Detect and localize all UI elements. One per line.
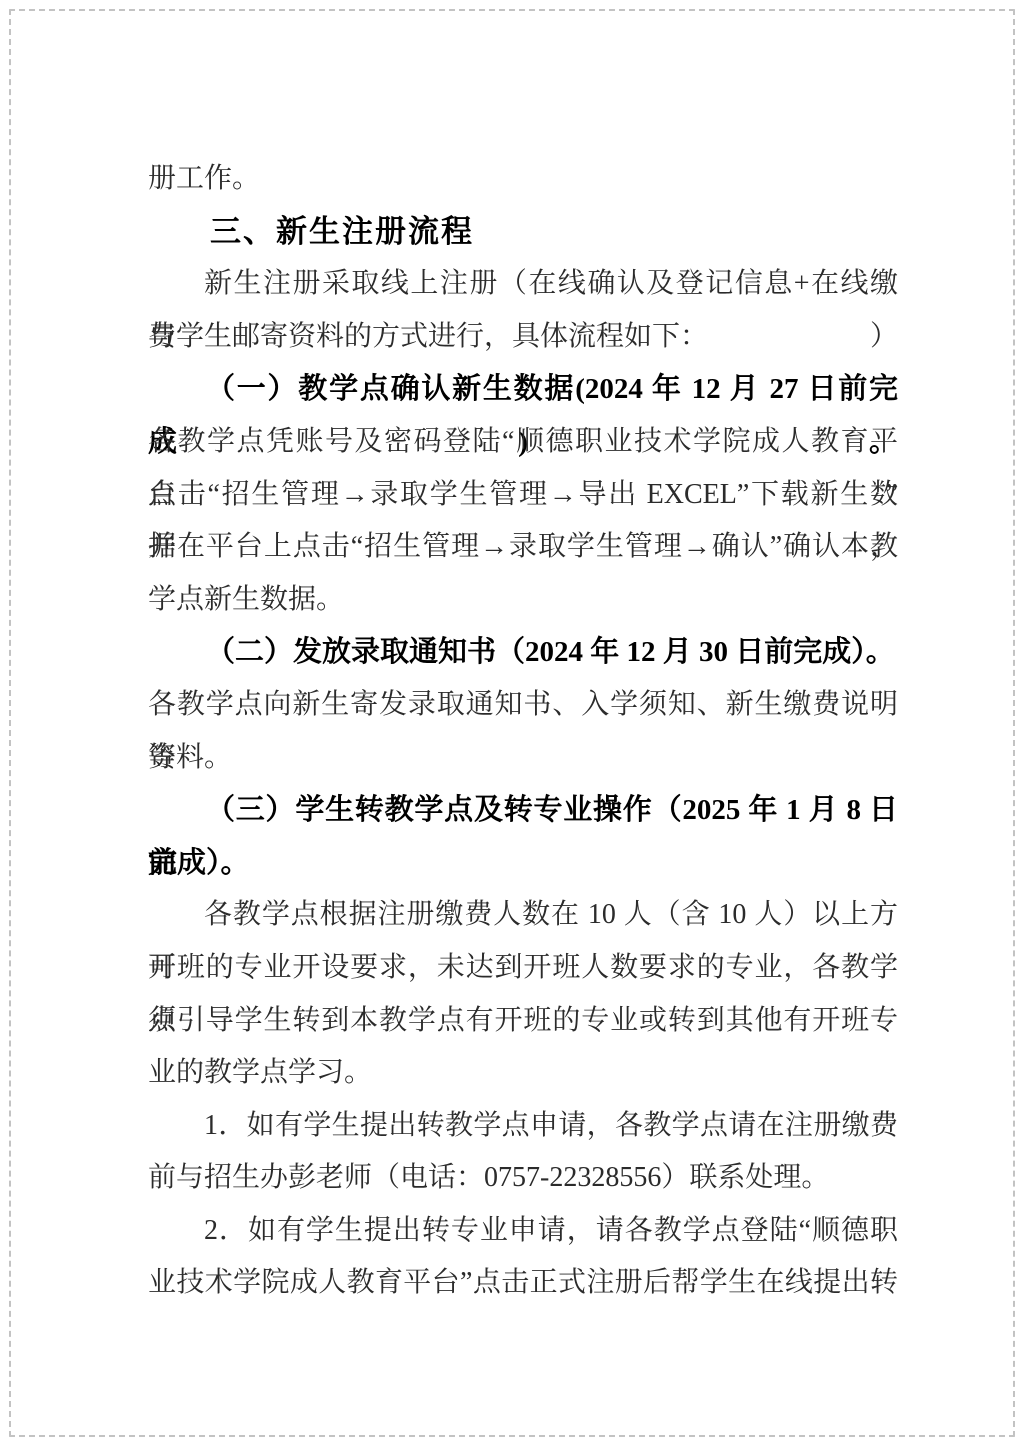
text-line: 1．如有学生提出转教学点申请，各教学点请在注册缴费 (148, 1100, 898, 1153)
text-line: 业的教学点学习。 (148, 1047, 898, 1100)
text-line: 各教学点根据注册缴费人数在 10 人（含 10 人）以上方可 (148, 889, 898, 942)
document-page: 册工作。三、新生注册流程新生注册采取线上注册（在线确认及登记信息+在线缴费）与学… (0, 0, 1024, 1446)
text-line: 资料。 (148, 732, 898, 785)
text-line: 册工作。 (148, 153, 898, 206)
text-line: 各教学点凭账号及密码登陆“顺德职业技术学院成人教育平台” (148, 416, 898, 469)
text-line: 前与招生办彭老师（电话：0757-22328556）联系处理。 (148, 1152, 898, 1205)
text-line: 开班的专业开设要求，未达到开班人数要求的专业，各教学点 (148, 942, 898, 995)
text-line: 各教学点向新生寄发录取通知书、入学须知、新生缴费说明等 (148, 679, 898, 732)
text-line: 并在平台上点击“招生管理→录取学生管理→确认”确认本教 (148, 521, 898, 574)
subsection-heading: （一）教学点确认新生数据(2024 年 12 月 27 日前完成)。 (148, 363, 898, 416)
text-line: 点击“招生管理→录取学生管理→导出 EXCEL”下载新生数据， (148, 469, 898, 522)
document-body: 册工作。三、新生注册流程新生注册采取线上注册（在线确认及登记信息+在线缴费）与学… (148, 153, 898, 1310)
text-line: 新生注册采取线上注册（在线确认及登记信息+在线缴费） (148, 258, 898, 311)
subsection-heading: （二）发放录取通知书（2024 年 12 月 30 日前完成）。 (148, 626, 898, 679)
text-line: 2．如有学生提出转专业申请，请各教学点登陆“顺德职 (148, 1205, 898, 1258)
subsection-heading: 完成）。 (148, 837, 898, 890)
section-heading: 三、新生注册流程 (148, 206, 898, 259)
subsection-heading: （三）学生转教学点及转专业操作（2025 年 1 月 8 日前 (148, 784, 898, 837)
text-line: 业技术学院成人教育平台”点击正式注册后帮学生在线提出转 (148, 1257, 898, 1310)
text-line: 须引导学生转到本教学点有开班的专业或转到其他有开班专 (148, 995, 898, 1048)
text-line: 学点新生数据。 (148, 574, 898, 627)
